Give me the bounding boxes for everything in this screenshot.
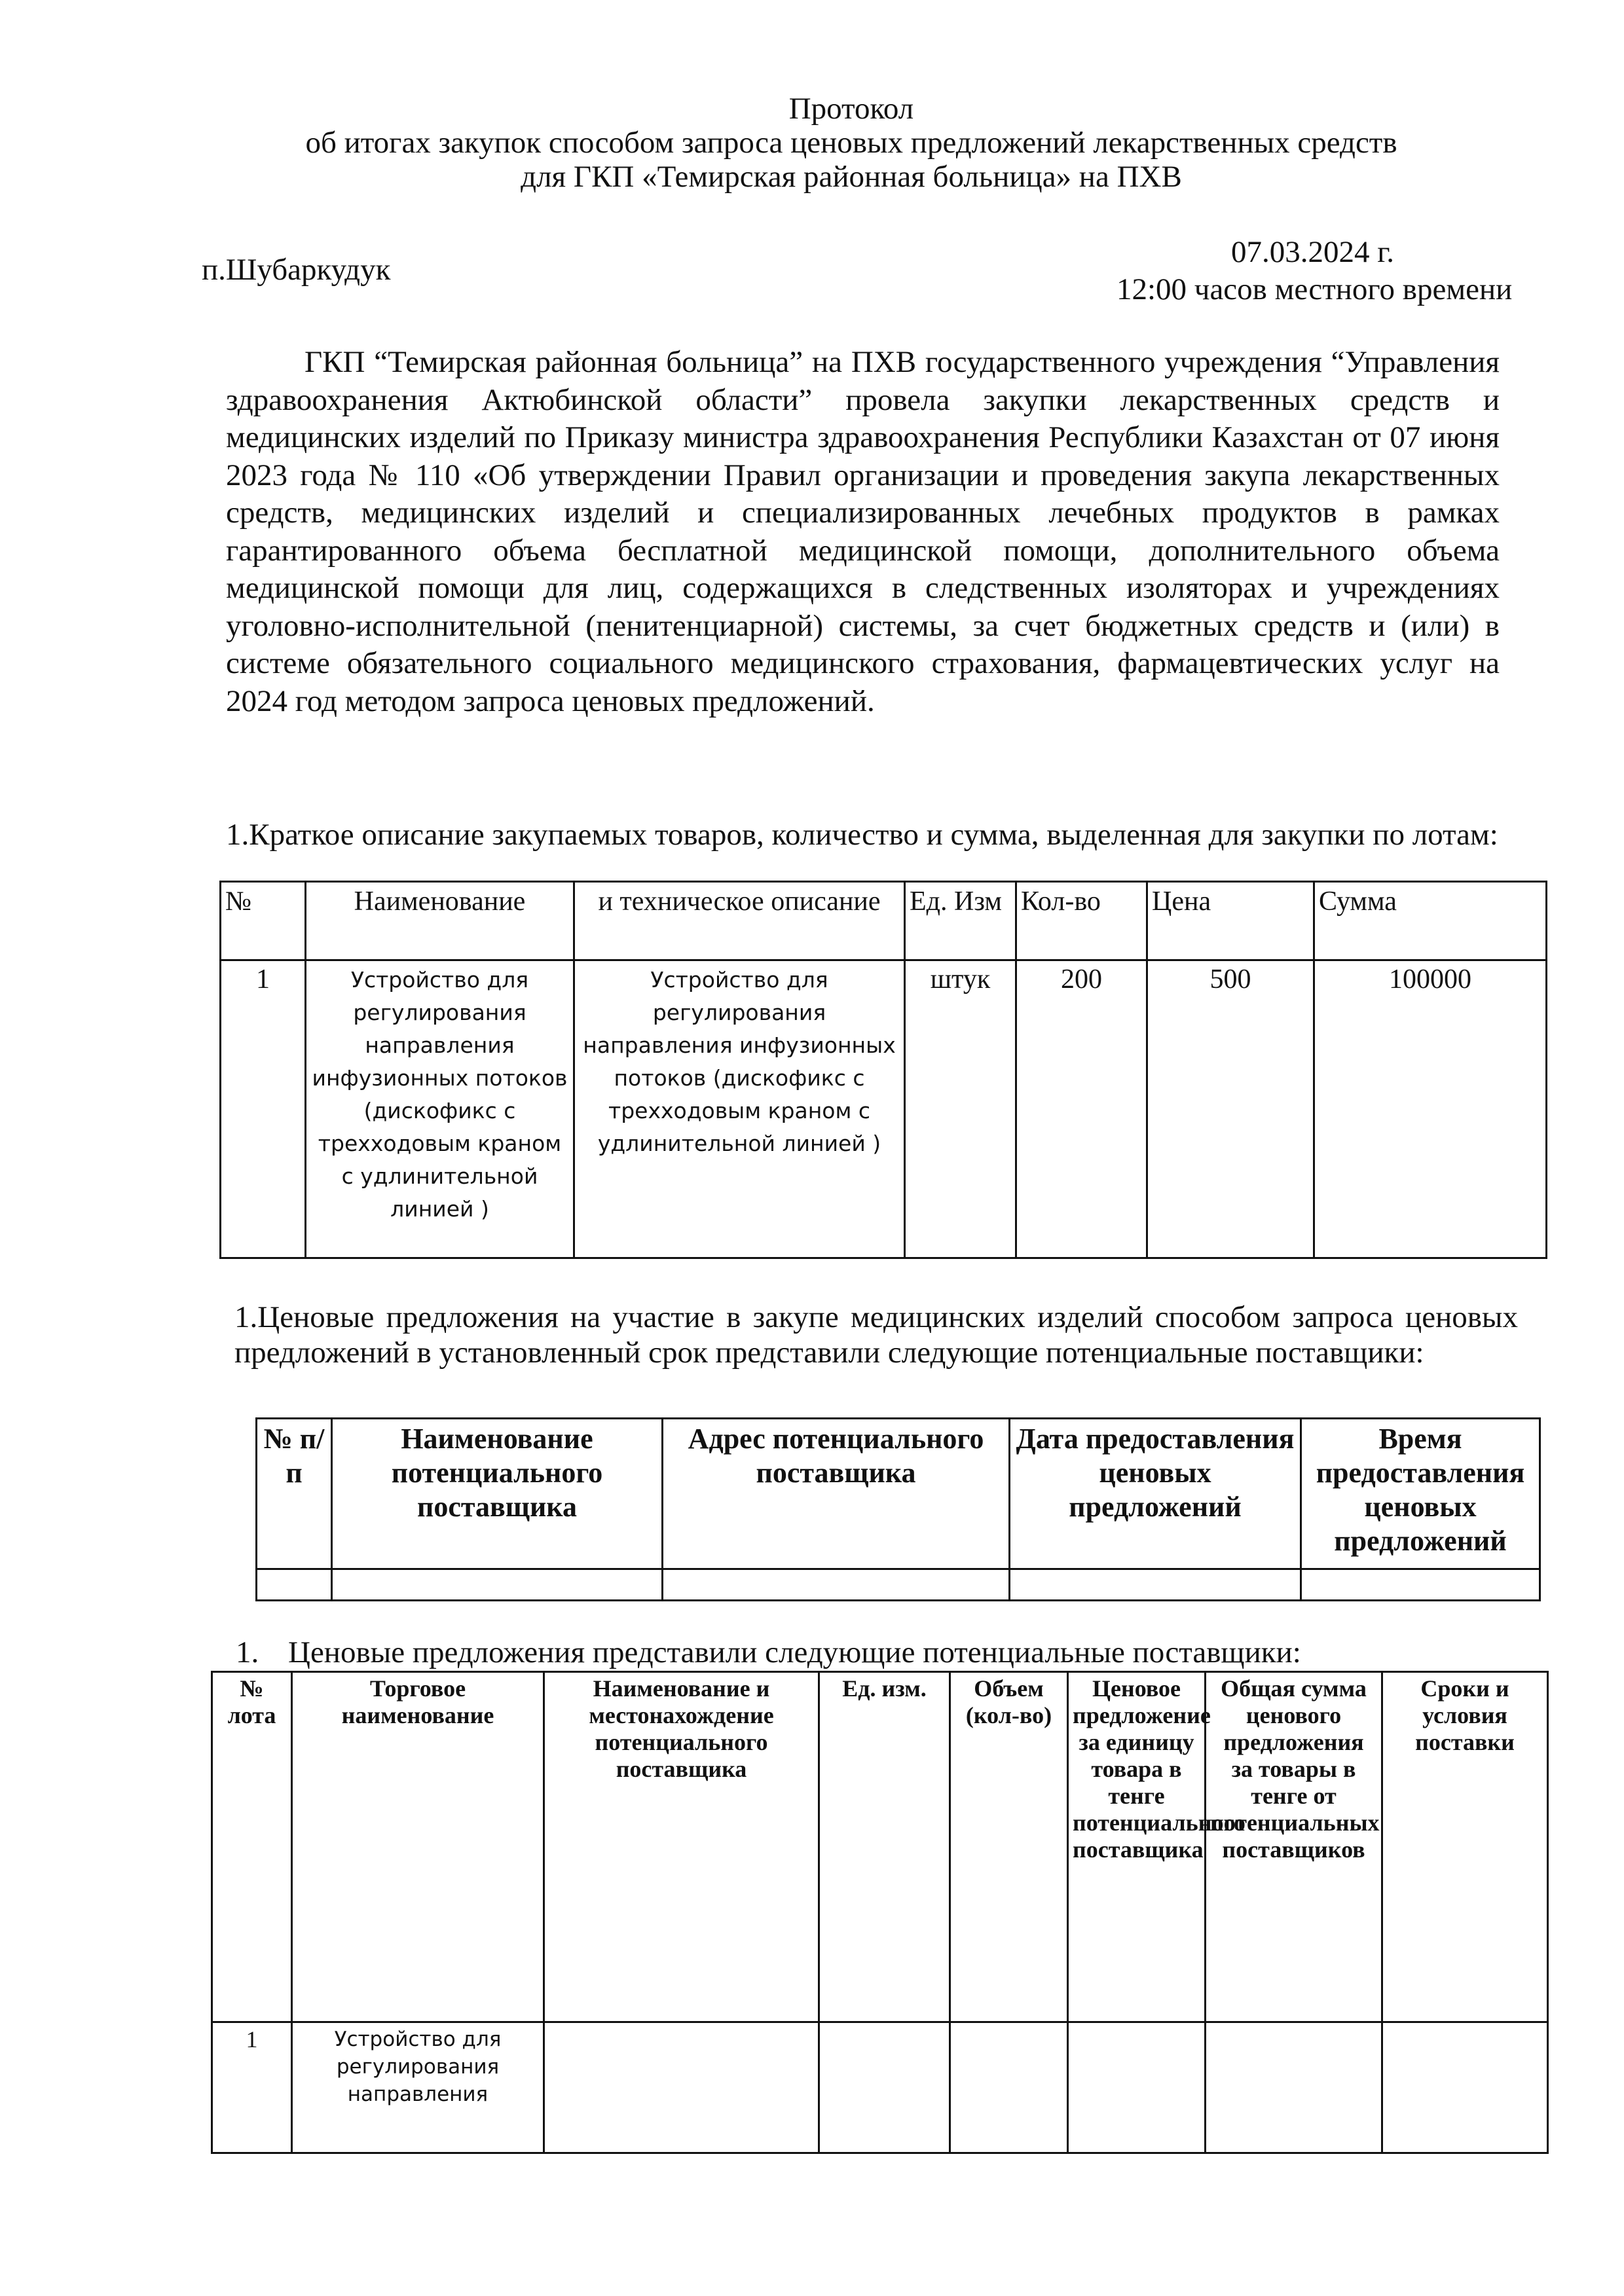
col-volume: Объем (кол-во): [950, 1672, 1068, 2022]
section1-heading: 1.Краткое описание закупаемых товаров, к…: [226, 817, 1555, 852]
cell-submission-time: [1301, 1569, 1540, 1601]
cell-lot: 1: [212, 2022, 292, 2153]
cell-supplier-address: [663, 1569, 1010, 1601]
cell-index: [257, 1569, 332, 1601]
cell-volume: [950, 2022, 1068, 2153]
intro-paragraph: ГКП “Темирская районная больница” на ПХВ…: [226, 344, 1500, 720]
cell-submission-date: [1010, 1569, 1301, 1601]
offers-table-header: № лота Торговое наименование Наименовани…: [212, 1672, 1548, 2022]
cell-terms: [1382, 2022, 1548, 2153]
col-qty: Кол-во: [1016, 882, 1147, 960]
col-unit-price: Ценовое предложение за единицу товара в …: [1068, 1672, 1206, 2022]
col-terms: Сроки и условия поставки: [1382, 1672, 1548, 2022]
place-name: п.Шубаркудук: [202, 252, 390, 287]
document-date: 07.03.2024 г.: [1231, 234, 1394, 270]
cell-description: Устройство для регулирования направления…: [574, 960, 905, 1258]
col-unit: Ед. изм.: [819, 1672, 950, 2022]
cell-qty: 200: [1016, 960, 1147, 1258]
cell-total: [1206, 2022, 1382, 2153]
col-supplier-name: Наименование потенциального поставщика: [332, 1419, 663, 1569]
table-row: [257, 1569, 1540, 1601]
col-name: Наименование: [306, 882, 574, 960]
suppliers-table: № п/п Наименование потенциального постав…: [255, 1417, 1541, 1601]
table-row: 1 Устройство для регулирования направлен…: [212, 2022, 1548, 2153]
col-sum: Сумма: [1314, 882, 1547, 960]
offers-table: № лота Торговое наименование Наименовани…: [211, 1671, 1549, 2154]
cell-trade-name: Устройство для регулирования направления: [292, 2022, 544, 2153]
document-subtitle-line1: об итогах закупок способом запроса ценов…: [196, 126, 1506, 160]
section2-heading: 1.Ценовые предложения на участие в закуп…: [234, 1300, 1518, 1370]
cell-supplier-location: [544, 2022, 819, 2153]
document-header: Протокол об итогах закупок способом запр…: [196, 92, 1506, 194]
col-number: №: [221, 882, 306, 960]
cell-supplier-name: [332, 1569, 663, 1601]
col-submission-date: Дата предоставления ценовых предложений: [1010, 1419, 1301, 1569]
cell-sum: 100000: [1314, 960, 1547, 1258]
cell-unit: [819, 2022, 950, 2153]
col-description: и техническое описание: [574, 882, 905, 960]
suppliers-table-header: № п/п Наименование потенциального постав…: [257, 1419, 1540, 1569]
col-price: Цена: [1147, 882, 1314, 960]
section3-number: 1.: [236, 1635, 288, 1670]
document-title: Протокол: [196, 92, 1506, 126]
section3-heading-text: Ценовые предложения представили следующи…: [288, 1635, 1301, 1669]
table-row: 1 Устройство для регулирования направлен…: [221, 960, 1547, 1258]
col-unit: Ед. Изм: [905, 882, 1016, 960]
cell-unit-price: [1068, 2022, 1206, 2153]
col-supplier-address: Адрес потенциального поставщика: [663, 1419, 1010, 1569]
col-total: Общая сумма ценового предложения за това…: [1206, 1672, 1382, 2022]
document-time: 12:00 часов местного времени: [1116, 272, 1512, 307]
cell-price: 500: [1147, 960, 1314, 1258]
col-supplier-location: Наименование и местонахождение потенциал…: [544, 1672, 819, 2022]
lots-table: № Наименование и техническое описание Ед…: [219, 881, 1547, 1259]
cell-number: 1: [221, 960, 306, 1258]
col-index: № п/п: [257, 1419, 332, 1569]
lots-table-header: № Наименование и техническое описание Ед…: [221, 882, 1547, 960]
col-trade-name: Торговое наименование: [292, 1672, 544, 2022]
document-subtitle-line2: для ГКП «Темирская районная больница» на…: [196, 160, 1506, 194]
col-lot: № лота: [212, 1672, 292, 2022]
section3-heading: 1.Ценовые предложения представили следую…: [236, 1635, 1301, 1670]
cell-unit: штук: [905, 960, 1016, 1258]
col-submission-time: Время предоставления ценовых предложений: [1301, 1419, 1540, 1569]
cell-name: Устройство для регулирования направления…: [306, 960, 574, 1258]
